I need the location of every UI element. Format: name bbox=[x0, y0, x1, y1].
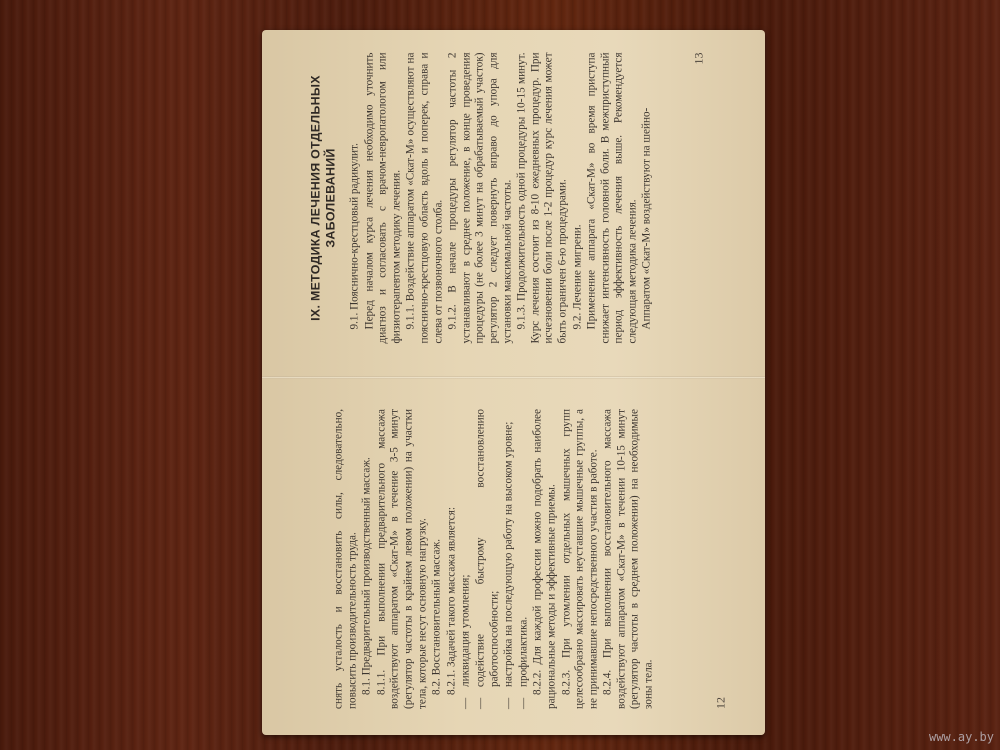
page-13-paragraph: Перед началом курса лечения необходимо у… bbox=[363, 52, 404, 343]
page-12-paragraph: 8.2.4. При выполнении восстановительного… bbox=[601, 409, 655, 709]
page-12-paragraph: профилактика. bbox=[517, 409, 531, 709]
page-12-paragraph: 8.2. Восстановительный массаж. bbox=[430, 409, 444, 709]
page-13-text-column: IX. МЕТОДИКА ЛЕЧЕНИЯ ОТДЕЛЬНЫХ ЗАБОЛЕВАН… bbox=[308, 52, 655, 343]
page-number-12: 12 bbox=[714, 697, 728, 709]
page-13-paragraph: 9.2. Лечение мигрени. bbox=[571, 52, 585, 343]
page-12: снять усталость и восстановить силы, сле… bbox=[262, 377, 765, 735]
page-12-paragraph: 8.1. Предварительный производственный ма… bbox=[360, 409, 374, 709]
page-13: IX. МЕТОДИКА ЛЕЧЕНИЯ ОТДЕЛЬНЫХ ЗАБОЛЕВАН… bbox=[262, 30, 765, 377]
watermark: www.ay.by bbox=[929, 730, 994, 744]
page-12-paragraph: содействие быстрому восстановлению работ… bbox=[474, 409, 501, 709]
page-12-paragraph: снять усталость и восстановить силы, сле… bbox=[332, 409, 359, 709]
page-13-paragraph: 9.1.2. В начале процедуры регулятор част… bbox=[446, 52, 514, 343]
page-number-13: 13 bbox=[692, 52, 706, 64]
page-13-paragraph: Применение аппарата «Скат-М» во время пр… bbox=[585, 52, 639, 343]
page-12-paragraphs: снять усталость и восстановить силы, сле… bbox=[332, 409, 656, 709]
page-12-text-column: снять усталость и восстановить силы, сле… bbox=[332, 409, 657, 709]
page-13-paragraph: 9.1.3. Продолжительность одной процедуры… bbox=[515, 52, 569, 343]
page-12-content: снять усталость и восстановить силы, сле… bbox=[262, 377, 765, 735]
page-12-paragraph: настройка на последующую работу на высок… bbox=[502, 409, 516, 709]
page-12-paragraph: 8.1.1. При выполнении предварительного м… bbox=[375, 409, 429, 709]
page-13-paragraph: 9.1.1. Воздействие аппаратом «Скат-М» ос… bbox=[404, 52, 445, 343]
page-13-paragraph: 9.1. Пояснично-крестцовый радикулит. bbox=[348, 52, 362, 343]
page-12-paragraph: 8.2.1. Задачей такого массажа является: bbox=[445, 409, 459, 709]
section-heading: IX. МЕТОДИКА ЛЕЧЕНИЯ ОТДЕЛЬНЫХ ЗАБОЛЕВАН… bbox=[308, 52, 338, 343]
page-12-paragraph: ликвидация утомления; bbox=[459, 409, 473, 709]
page-13-paragraph: Аппаратом «Скат-М» воздействуют на шейно… bbox=[640, 52, 654, 343]
page-12-paragraph: 8.2.2. Для каждой профессии можно подобр… bbox=[531, 409, 558, 709]
page-12-paragraph: 8.2.3. При утомлении отдельных мышечных … bbox=[560, 409, 601, 709]
page-13-paragraphs: 9.1. Пояснично-крестцовый радикулит.Пере… bbox=[348, 52, 654, 343]
page-13-content: IX. МЕТОДИКА ЛЕЧЕНИЯ ОТДЕЛЬНЫХ ЗАБОЛЕВАН… bbox=[262, 30, 765, 377]
